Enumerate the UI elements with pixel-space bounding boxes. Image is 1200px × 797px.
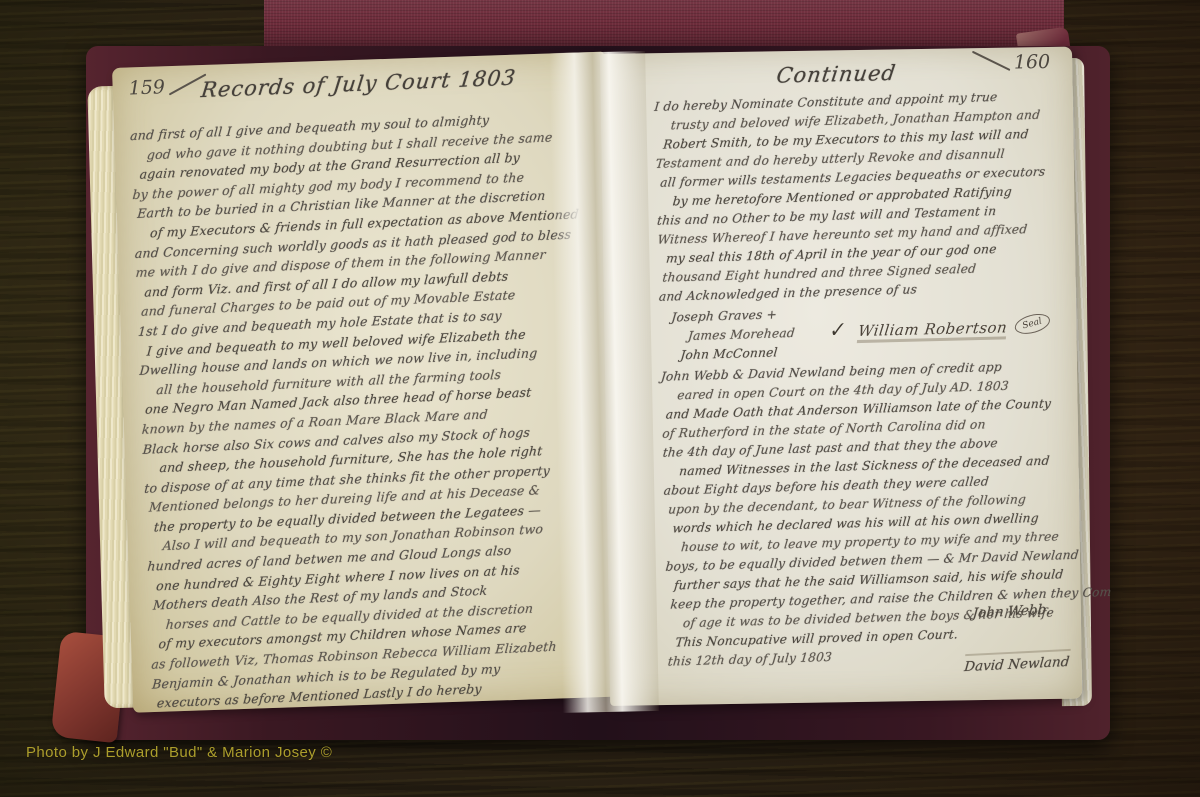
right-page-text: I do hereby Nominate Constitute and appo…: [654, 87, 1076, 671]
left-page-title: Records of July Court 1803: [111, 62, 606, 106]
seal-flourish: Seal: [1013, 311, 1052, 338]
right-page: Continued 160 I do hereby Nominate Const…: [600, 47, 1082, 706]
right-page-number: 160: [970, 51, 1051, 74]
witness-signature-newland: David Newland: [964, 649, 1071, 675]
photographer-watermark: Photo by J Edward "Bud" & Marion Josey ©: [26, 744, 332, 761]
check-mark: ✓: [827, 317, 847, 343]
witness-signature-block: Joseph Graves + James Morehead John McCo…: [671, 298, 1068, 365]
testator-signature-area: ✓ William Robertson Seal: [828, 312, 1052, 343]
testator-signature: William Robertson: [857, 318, 1009, 343]
left-page: 159 Records of July Court 1803 and first…: [112, 52, 625, 713]
pen-slash-mark: [972, 51, 1011, 71]
left-page-text: and first of all I give and bequeath my …: [130, 106, 621, 712]
